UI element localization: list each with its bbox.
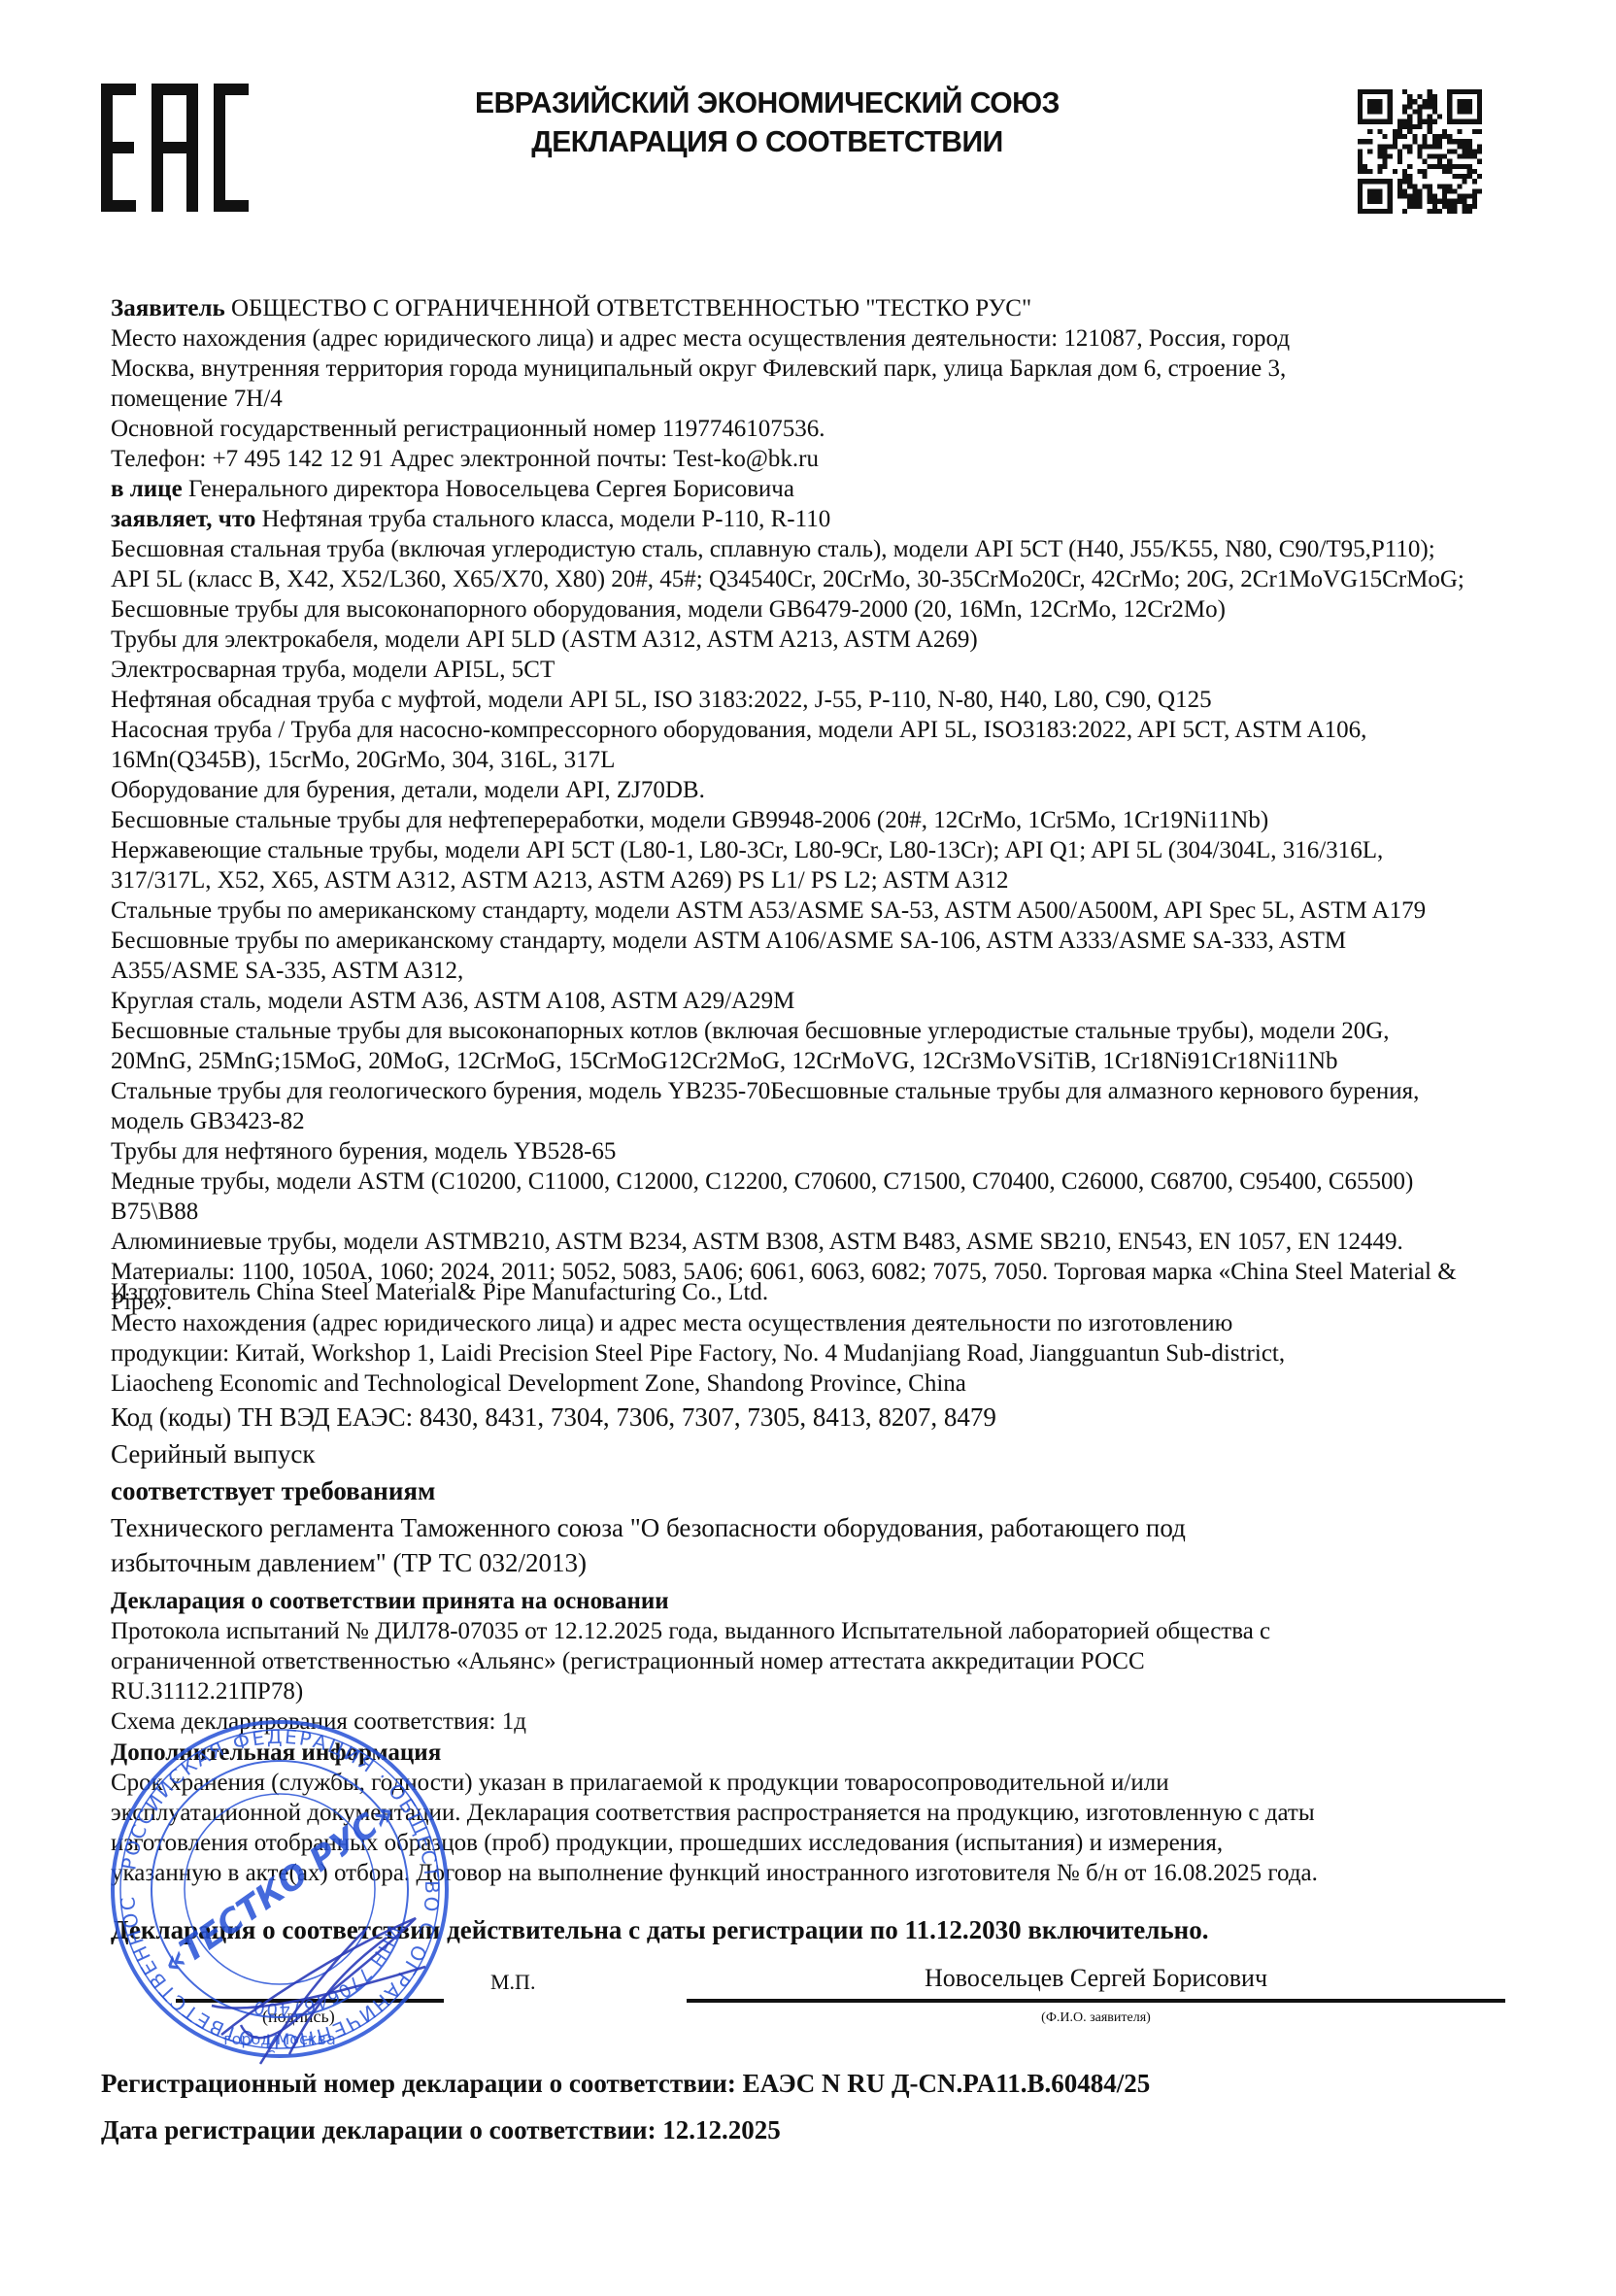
product-line: A355/ASME SA-335, ASTM A312, bbox=[111, 957, 463, 986]
applicant-line: Заявитель ОБЩЕСТВО С ОГРАНИЧЕННОЙ ОТВЕТС… bbox=[111, 294, 1031, 323]
stamp-place-label: М.П. bbox=[490, 1970, 535, 1995]
registration-number: Регистрационный номер декларации о соотв… bbox=[101, 2069, 1150, 2099]
product-line: Трубы для нефтяного бурения, модель YB52… bbox=[111, 1137, 616, 1166]
registration-date: Дата регистрации декларации о соответств… bbox=[101, 2115, 781, 2145]
name-line bbox=[687, 1999, 1505, 2003]
person-label: в лице bbox=[111, 476, 183, 502]
product-line: Оборудование для бурения, детали, модели… bbox=[111, 776, 705, 805]
applicant-address-1: Место нахождения (адрес юридического лиц… bbox=[111, 324, 1290, 354]
product-line: Насосная труба / Труба для насосно-компр… bbox=[111, 716, 1366, 745]
product-line: Бесшовные трубы для высоконапорного обор… bbox=[111, 595, 1226, 625]
person-name: Генерального директора Новосельцева Серг… bbox=[183, 476, 794, 502]
applicant-address-2: Москва, внутренняя территория города мун… bbox=[111, 355, 1286, 384]
additional-line-3: изготовления отобранных образцов (проб) … bbox=[111, 1829, 1223, 1858]
eac-logo-icon bbox=[101, 84, 249, 212]
additional-line-1: Срок хранения (службы, годности) указан … bbox=[111, 1769, 1169, 1798]
manufacturer-address-3: Liaocheng Economic and Technological Dev… bbox=[111, 1369, 966, 1399]
product-line: Бесшовные стальные трубы для нефтеперера… bbox=[111, 806, 1268, 835]
additional-line-4: указанную в акте(ах) отбора. Договор на … bbox=[111, 1859, 1318, 1888]
regulation-line-1: Технического регламента Таможенного союз… bbox=[111, 1513, 1186, 1542]
basis-label: Декларация о соответствии принята на осн… bbox=[111, 1587, 669, 1616]
product-line: Нержавеющие стальные трубы, модели API 5… bbox=[111, 836, 1383, 865]
product-line: Бесшовные трубы по американскому стандар… bbox=[111, 927, 1346, 956]
product-line: Бесшовные стальные трубы для высоконапор… bbox=[111, 1017, 1390, 1046]
serial-production: Серийный выпуск bbox=[111, 1439, 315, 1469]
basis-line-2: ограниченной ответственностью «Альянс» (… bbox=[111, 1647, 1145, 1676]
manufacturer-name: Изготовитель China Steel Material& Pipe … bbox=[111, 1278, 768, 1307]
additional-info-label: Дополнительная информация bbox=[111, 1739, 441, 1768]
product-line: модель GB3423-82 bbox=[111, 1107, 305, 1136]
product-line: B75\B88 bbox=[111, 1198, 198, 1227]
declares-first-product: Нефтяная труба стального класса, модели … bbox=[255, 506, 830, 532]
product-line: 16Mn(Q345B), 15crMo, 20GrMo, 304, 316L, … bbox=[111, 746, 615, 775]
product-line: Трубы для электрокабеля, модели API 5LD … bbox=[111, 625, 978, 655]
signature-caption: (подпись) bbox=[262, 2007, 335, 2027]
qr-code-icon[interactable] bbox=[1358, 89, 1482, 214]
document-title: ДЕКЛАРАЦИЯ О СООТВЕТСТВИИ bbox=[344, 124, 1192, 159]
product-line: Электросварная труба, модели API5L, 5CT bbox=[111, 656, 555, 685]
product-line: 20MnG, 25MnG;15MoG, 20MoG, 12CrMoG, 15Cr… bbox=[111, 1047, 1338, 1076]
declares-line: заявляет, что Нефтяная труба стального к… bbox=[111, 505, 830, 534]
applicant-person-line: в лице Генерального директора Новосельце… bbox=[111, 475, 794, 504]
additional-line-2: эксплуатационной документации. Деклараци… bbox=[111, 1799, 1315, 1828]
product-line: Алюминиевые трубы, модели ASTMB210, ASTM… bbox=[111, 1228, 1403, 1257]
basis-line-3: RU.31112.21ПР78) bbox=[111, 1677, 303, 1706]
basis-line-1: Протокола испытаний № ДИЛ78-07035 от 12.… bbox=[111, 1617, 1270, 1646]
signature-line bbox=[176, 1999, 444, 2003]
product-line: Стальные трубы по американскому стандарт… bbox=[111, 896, 1426, 926]
manufacturer-address-2: продукции: Китай, Workshop 1, Laidi Prec… bbox=[111, 1339, 1285, 1368]
declaration-scheme: Схема декларирования соответствия: 1д bbox=[111, 1707, 526, 1737]
stamp-city: город Москва bbox=[223, 2030, 336, 2048]
regulation-line-2: избыточным давлением" (ТР ТС 032/2013) bbox=[111, 1548, 587, 1577]
product-line: API 5L (класс B, X42, X52/L360, X65/X70,… bbox=[111, 565, 1464, 594]
validity-statement: Декларация о соответствии действительна … bbox=[111, 1915, 1208, 1944]
declares-label: заявляет, что bbox=[111, 506, 255, 532]
conforms-label: соответствует требованиям bbox=[111, 1476, 435, 1505]
tnved-codes: Код (коды) ТН ВЭД ЕАЭС: 8430, 8431, 7304… bbox=[111, 1402, 996, 1432]
product-line: Круглая сталь, модели ASTM A36, ASTM A10… bbox=[111, 987, 794, 1016]
product-line: Бесшовная стальная труба (включая углеро… bbox=[111, 535, 1435, 564]
applicant-ogrn: Основной государственный регистрационный… bbox=[111, 415, 825, 444]
applicant-name: ОБЩЕСТВО С ОГРАНИЧЕННОЙ ОТВЕТСТВЕННОСТЬЮ… bbox=[225, 295, 1031, 321]
applicant-label: Заявитель bbox=[111, 295, 225, 321]
product-line: Стальные трубы для геологического бурени… bbox=[111, 1077, 1419, 1106]
product-line: 317/317L, X52, X65, ASTM A312, ASTM A213… bbox=[111, 866, 1008, 895]
declaration-page: ЕВРАЗИЙСКИЙ ЭКОНОМИЧЕСКИЙ СОЮЗ ДЕКЛАРАЦИ… bbox=[0, 0, 1616, 2296]
union-title: ЕВРАЗИЙСКИЙ ЭКОНОМИЧЕСКИЙ СОЮЗ bbox=[344, 85, 1192, 120]
product-line: Нефтяная обсадная труба с муфтой, модели… bbox=[111, 686, 1212, 715]
product-line: Медные трубы, модели ASTM (C10200, C1100… bbox=[111, 1167, 1413, 1197]
applicant-contacts: Телефон: +7 495 142 12 91 Адрес электрон… bbox=[111, 445, 819, 474]
signer-name: Новосельцев Сергей Борисович bbox=[687, 1964, 1505, 1993]
applicant-address-3: помещение 7Н/4 bbox=[111, 385, 283, 414]
manufacturer-address-1: Место нахождения (адрес юридического лиц… bbox=[111, 1309, 1232, 1338]
signer-caption: (Ф.И.О. заявителя) bbox=[687, 2010, 1505, 2026]
